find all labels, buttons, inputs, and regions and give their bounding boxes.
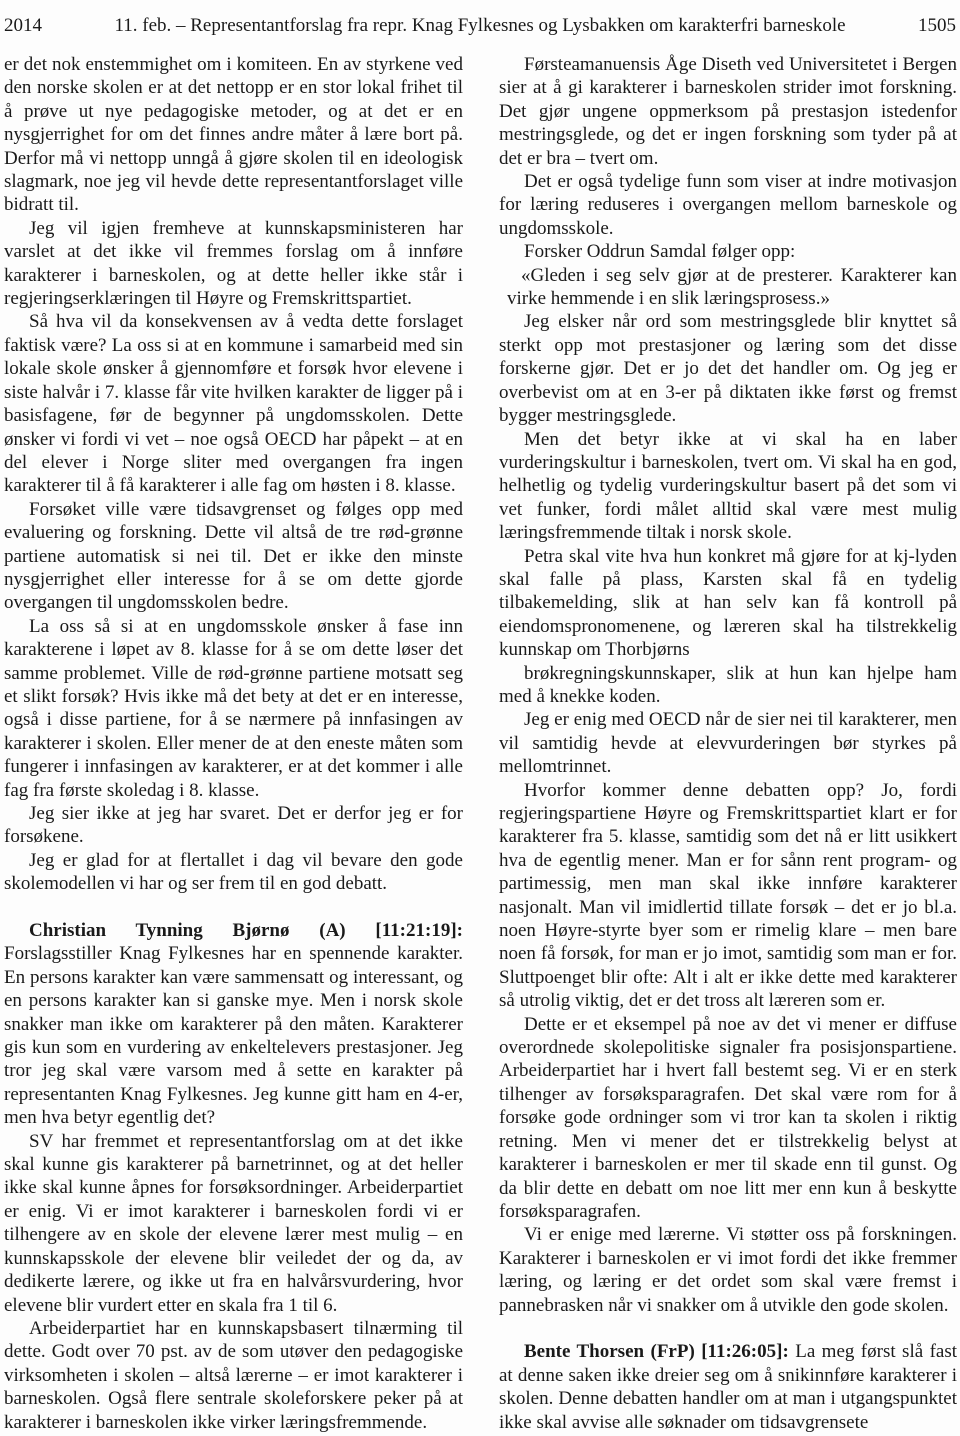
paragraph: Jeg elsker når ord som mestringsglede bl… xyxy=(499,310,957,427)
header-title: 11. feb. – Representantforslag fra repr.… xyxy=(114,15,845,37)
speaker-label: Bente Thorsen (FrP) [11:26:05]: xyxy=(524,1341,795,1362)
paragraph: Jeg er glad for at flertallet i dag vil … xyxy=(4,849,463,896)
paragraph: Jeg vil igjen fremheve at kunnskapsminis… xyxy=(4,217,463,311)
paragraph: Jeg er enig med OECD når de sier nei til… xyxy=(499,708,957,778)
paragraph: Så hva vil da konsekvensen av å vedta de… xyxy=(4,310,463,497)
speaker-label: Christian Tynning Bjørnø (A) [11:21:19]: xyxy=(29,920,463,941)
paragraph: Førsteamanuensis Åge Diseth ved Universi… xyxy=(499,53,957,170)
paragraph: Jeg sier ikke at jeg har svaret. Det er … xyxy=(4,802,463,849)
paragraph: Dette er et eksempel på noe av det vi me… xyxy=(499,1013,957,1224)
left-column: er det nok enstemmighet om i komiteen. E… xyxy=(4,53,463,1434)
paragraph: SV har fremmet et representantforslag om… xyxy=(4,1130,463,1317)
speech-paragraph: Christian Tynning Bjørnø (A) [11:21:19]:… xyxy=(4,919,463,1130)
right-column: Førsteamanuensis Åge Diseth ved Universi… xyxy=(499,53,957,1434)
paragraph: Det er også tydelige funn som viser at i… xyxy=(499,170,957,240)
page-header: 2014 11. feb. – Representantforslag fra … xyxy=(4,15,956,37)
quote-paragraph: «Gleden i seg selv gjør at de presterer.… xyxy=(507,264,957,311)
speech-paragraph: Bente Thorsen (FrP) [11:26:05]: La meg f… xyxy=(499,1340,957,1434)
paragraph: Forsøket ville være tidsavgrenset og føl… xyxy=(4,498,463,615)
paragraph: Hvorfor kommer denne debatten opp? Jo, f… xyxy=(499,779,957,1013)
paragraph: Vi er enige med lærerne. Vi støtter oss … xyxy=(499,1223,957,1317)
header-year: 2014 xyxy=(4,15,114,37)
document-page: er det nok enstemmighet om i komiteen. E… xyxy=(4,53,957,1434)
paragraph: Petra skal vite hva hun konkret må gjøre… xyxy=(499,545,957,662)
paragraph: La oss så si at en ungdomsskole ønsker å… xyxy=(4,615,463,802)
paragraph: Men det betyr ikke at vi skal ha en labe… xyxy=(499,428,957,545)
paragraph: Forsker Oddrun Samdal følger opp: xyxy=(499,240,957,263)
header-page-number: 1505 xyxy=(846,15,956,37)
paragraph: brøkregningskunnskaper, slik at hun kan … xyxy=(499,662,957,709)
paragraph: er det nok enstemmighet om i komiteen. E… xyxy=(4,53,463,217)
paragraph: Arbeiderpartiet har en kunnskapsbasert t… xyxy=(4,1317,463,1434)
